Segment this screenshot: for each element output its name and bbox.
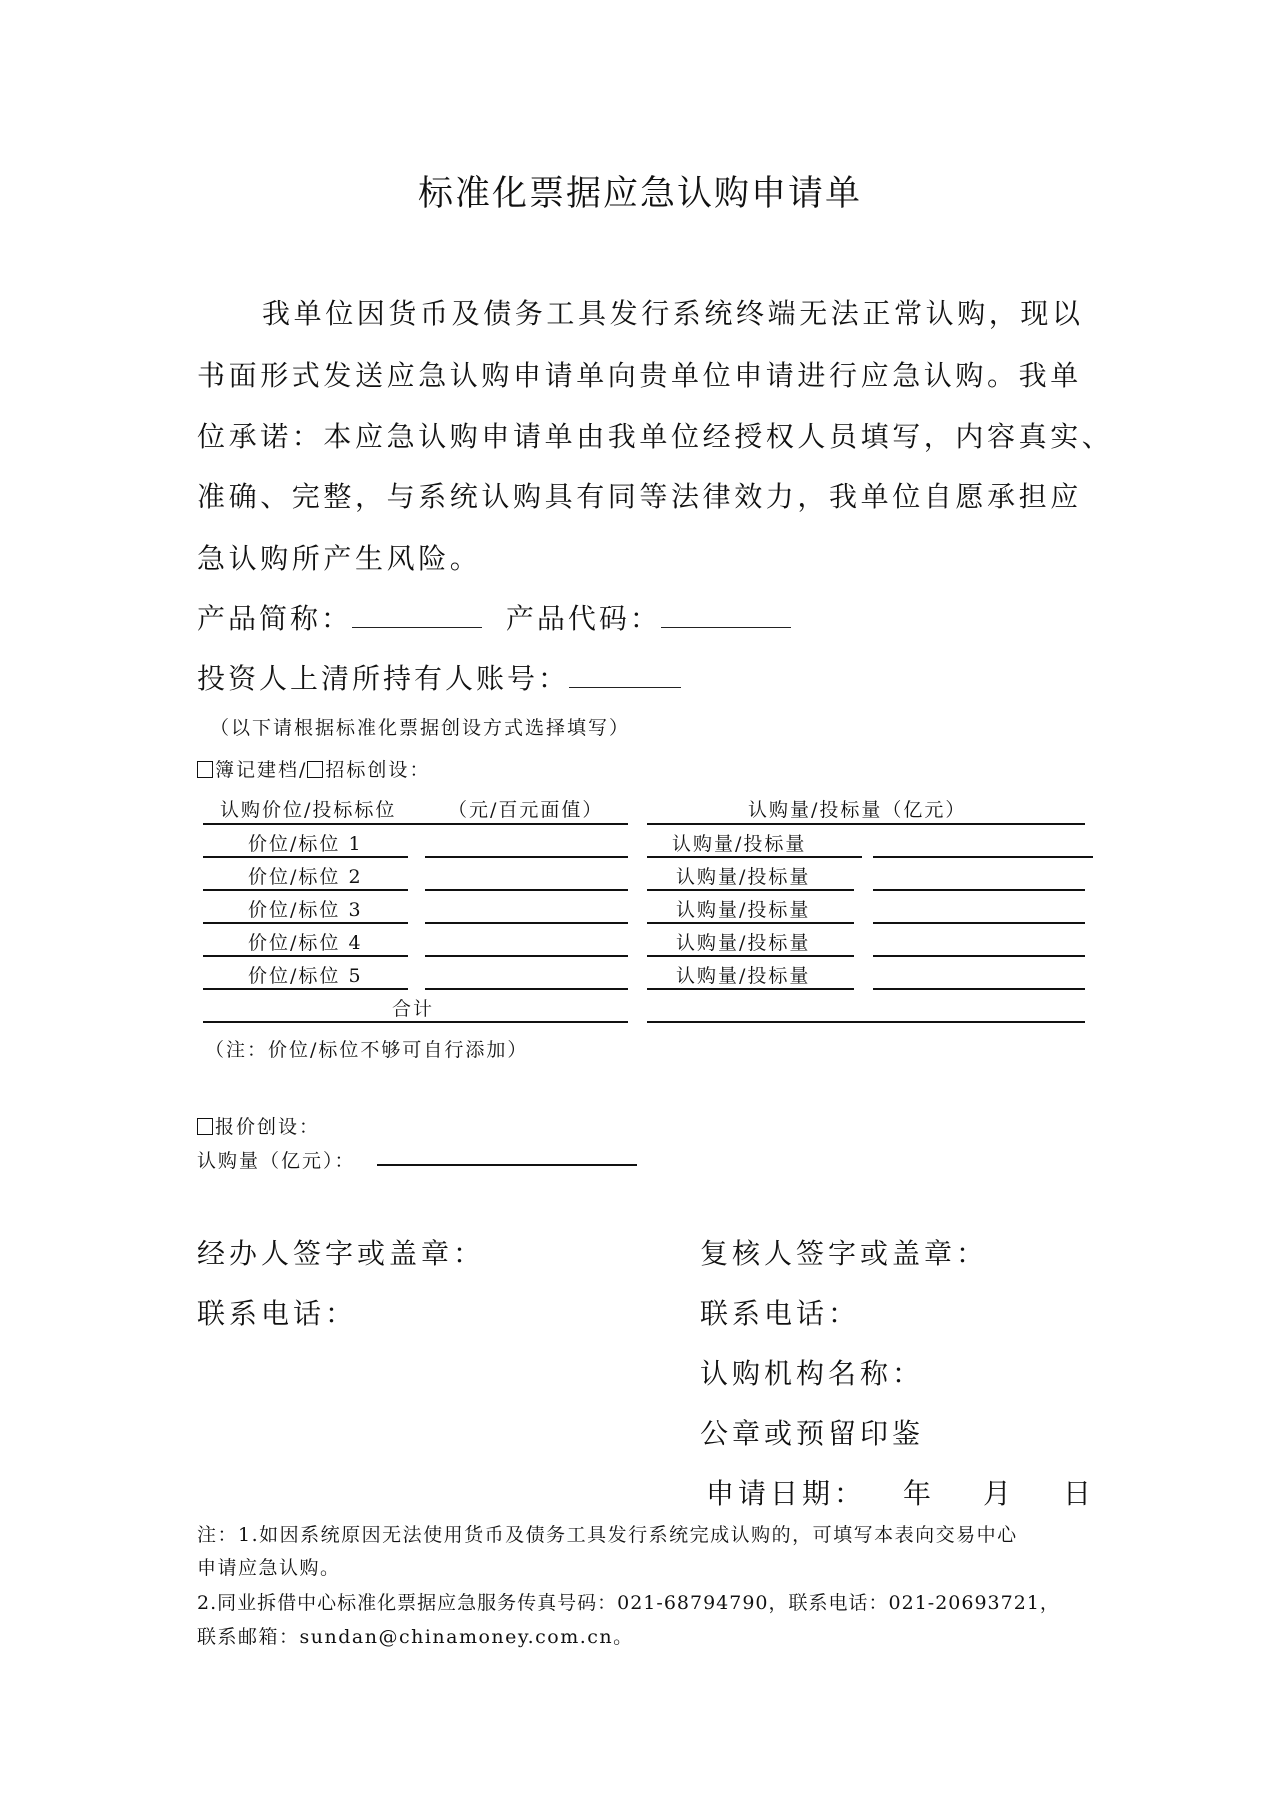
product-code-input[interactable] [661,597,791,628]
row-3-price-input[interactable] [425,922,628,924]
row-1-price-input[interactable] [425,856,628,858]
row-1-rule-b [647,856,862,858]
row-4-rule-b [647,955,854,957]
row-5-rule-b [647,988,854,990]
bookbuilding-checkbox[interactable] [197,761,213,778]
account-field: 投资人上清所持有人账号： [197,657,681,697]
account-label: 投资人上清所持有人账号： [197,662,569,695]
row-3-rule [203,922,408,924]
footnote-1: 注：1.如因系统原因无法使用货币及债务工具发行系统完成认购的，可填写本表向交易中… [197,1520,1018,1547]
intro-line-2: 书面形式发送应急认购申请单向贵单位申请进行应急认购。我单 [197,354,1082,394]
section-b-amount-input[interactable] [377,1164,637,1166]
intro-line-5: 急认购所产生风险。 [197,537,481,577]
handler-sign-label: 经办人签字或盖章： [197,1232,485,1272]
footnote-2-cont: 联系邮箱：sundan@chinamoney.com.cn。 [197,1622,634,1649]
table-note: （注：价位/标位不够可自行添加） [205,1035,528,1062]
intro-line-3: 位承诺：本应急认购申请单由我单位经授权人员填写，内容真实、 [197,415,1113,455]
total-amount-input[interactable] [647,1021,1085,1023]
intro-line-4: 准确、完整，与系统认购具有同等法律效力，我单位自愿承担应 [197,475,1082,515]
footnote-2: 2.同业拆借中心标准化票据应急服务传真号码：021-68794790，联系电话：… [197,1588,1060,1615]
seal-label: 公章或预留印鉴 [700,1412,924,1452]
row-5-price-input[interactable] [425,988,628,990]
total-label: 合计 [392,994,434,1021]
row-2-amount-label: 认购量/投标量 [676,862,810,889]
reviewer-phone-label: 联系电话： [700,1292,860,1332]
date-year: 年 [903,1472,935,1512]
row-5-amount-label: 认购量/投标量 [676,961,810,988]
row-2-price-label: 价位/标位 2 [248,862,363,889]
row-4-price-input[interactable] [425,955,628,957]
row-4-amount-input[interactable] [873,955,1085,957]
product-name-label: 产品简称： [197,602,352,635]
header-price-unit: （元/百元面值） [448,795,603,822]
row-5-price-label: 价位/标位 5 [248,961,363,988]
row-3-amount-label: 认购量/投标量 [676,895,810,922]
row-1-amount-label: 认购量/投标量 [672,829,806,856]
date-label: 申请日期： [706,1472,866,1512]
product-name-field: 产品简称： 产品代码： [197,597,791,637]
quote-creation-checkbox[interactable] [197,1118,213,1135]
account-input[interactable] [569,657,681,688]
tender-label: 招标创设 [325,759,409,781]
row-2-rule-b [647,889,854,891]
handler-phone-label: 联系电话： [197,1292,357,1332]
row-5-rule [203,988,408,990]
header-amount-label: 认购量/投标量（亿元） [748,795,966,822]
row-4-amount-label: 认购量/投标量 [676,928,810,955]
section-a-options: 簿记建档/招标创设： [197,755,430,782]
select-hint: （以下请根据标准化票据创设方式选择填写） [210,713,630,740]
row-4-rule [203,955,408,957]
row-3-price-label: 价位/标位 3 [248,895,363,922]
option-suffix: ： [409,759,430,781]
tender-checkbox[interactable] [307,761,323,778]
row-2-price-input[interactable] [425,889,628,891]
product-code-label: 产品代码： [506,602,661,635]
quote-creation-label: 报价创设： [215,1116,320,1138]
header-rule-left [203,823,628,825]
intro-line-1: 我单位因货币及债务工具发行系统终端无法正常认购，现以 [262,292,1084,332]
row-2-amount-input[interactable] [873,889,1085,891]
row-3-amount-input[interactable] [873,922,1085,924]
total-price-rule [203,1021,628,1023]
row-5-amount-input[interactable] [873,988,1085,990]
section-b-option: 报价创设： [197,1112,320,1139]
product-name-input[interactable] [352,597,482,628]
option-separator: / [299,759,307,781]
row-1-amount-input[interactable] [873,856,1093,858]
row-1-price-label: 价位/标位 1 [248,829,363,856]
row-1-rule [203,856,408,858]
bookbuilding-label: 簿记建档 [215,759,299,781]
section-b-amount: 认购量（亿元）： [197,1146,356,1173]
reviewer-sign-label: 复核人签字或盖章： [700,1232,988,1272]
date-month: 月 [983,1472,1015,1512]
row-4-price-label: 价位/标位 4 [248,928,363,955]
header-rule-right [647,823,1085,825]
header-price-label: 认购价位/投标标位 [220,795,396,822]
row-2-rule [203,889,408,891]
row-3-rule-b [647,922,854,924]
page-title: 标准化票据应急认购申请单 [0,166,1280,216]
institution-label: 认购机构名称： [700,1352,924,1392]
section-b-amount-label: 认购量（亿元）： [197,1150,356,1172]
date-day: 日 [1063,1472,1095,1512]
footnote-1-cont: 申请应急认购。 [197,1553,341,1580]
